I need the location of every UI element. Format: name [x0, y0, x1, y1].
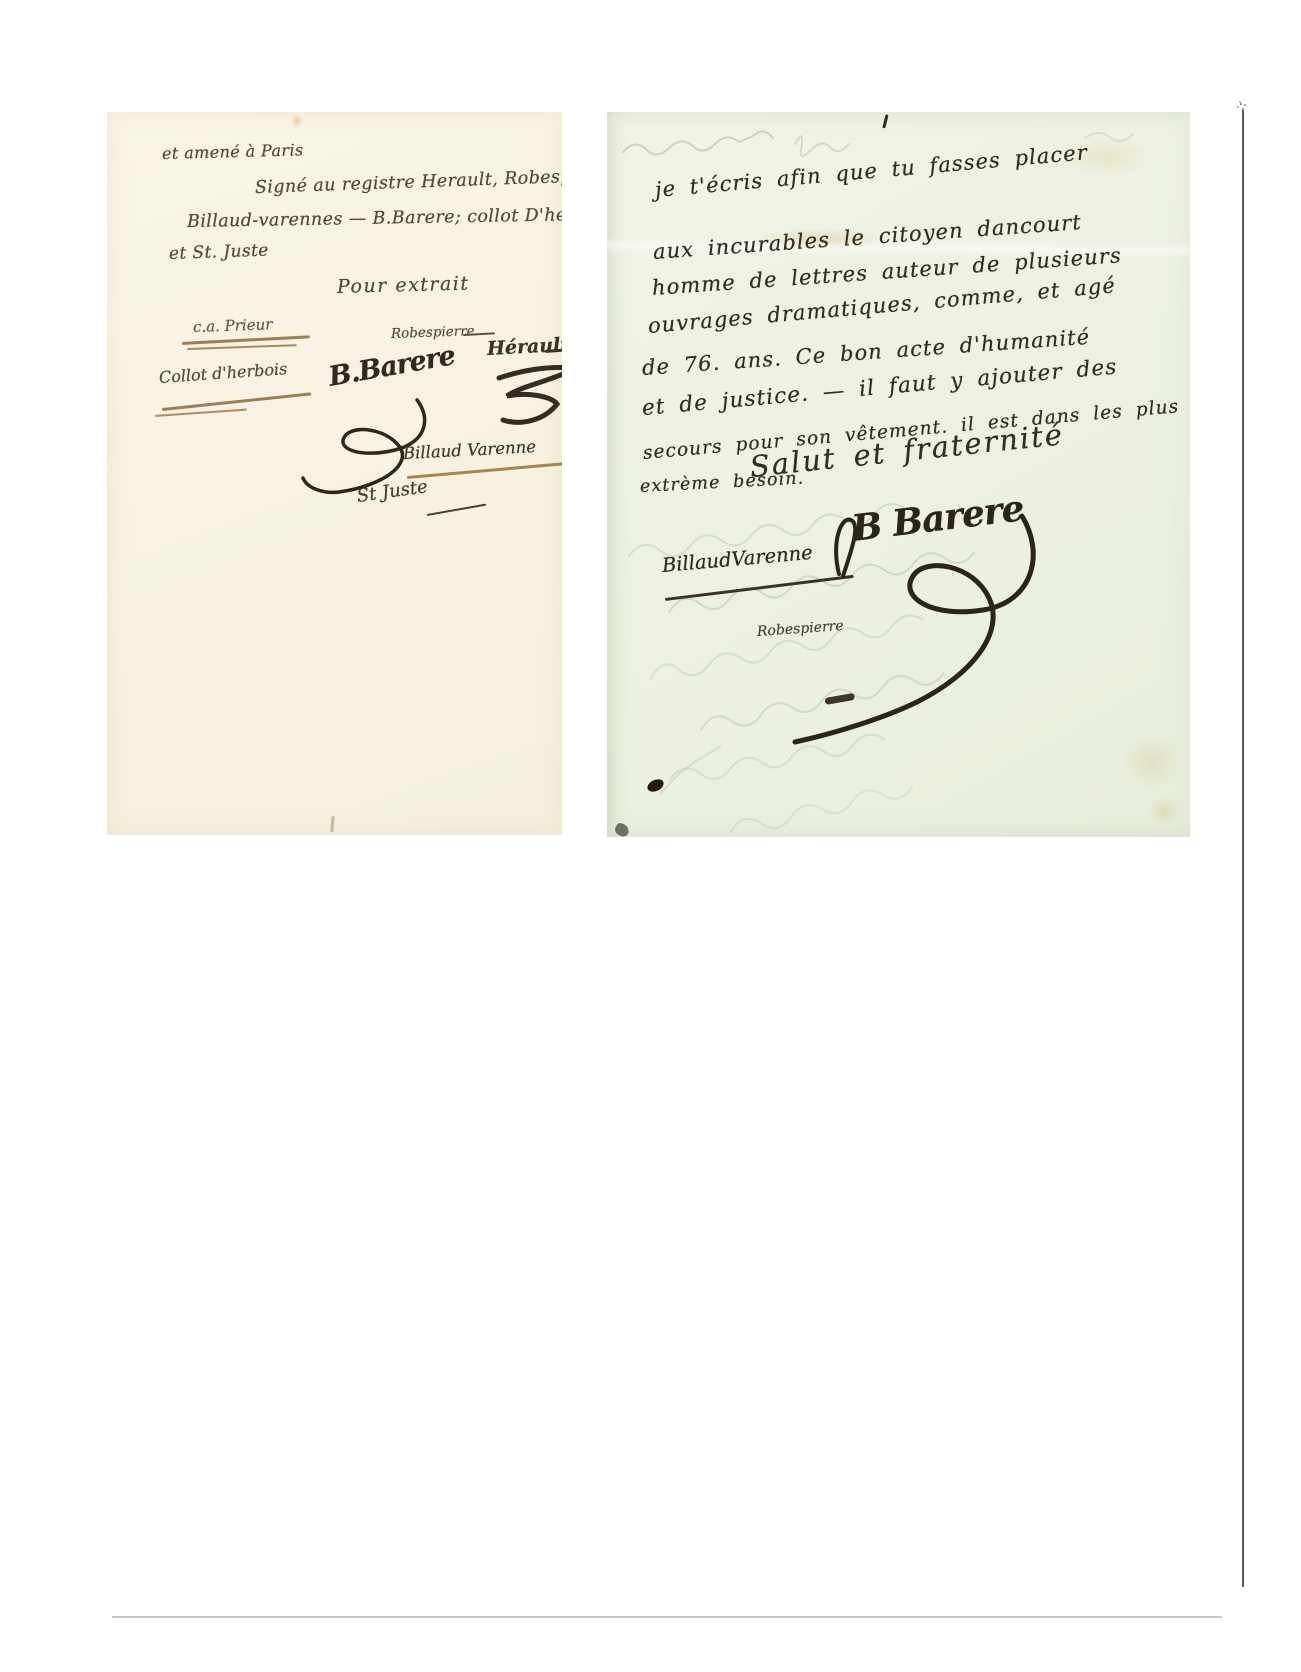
underline-swash — [162, 392, 311, 410]
signature-flourish — [493, 364, 562, 430]
scan-artifact-dots — [1240, 103, 1242, 105]
signature-barere-left: B.Barere — [326, 340, 457, 393]
underline-swash — [187, 344, 297, 350]
underline-swash — [182, 335, 310, 344]
pen-stroke — [330, 816, 334, 832]
handwriting-line: et amené à Paris — [162, 140, 304, 163]
paper-stain — [291, 114, 303, 128]
signature-prieur: c.a. Prieur — [193, 315, 273, 336]
underline-swash — [155, 409, 247, 417]
handwriting-line: Billaud-varennes — B.Barere; collot D'he… — [187, 205, 562, 232]
bleed-through-writing — [607, 484, 1190, 834]
pen-stroke — [427, 504, 486, 516]
signature-herault: Hérault — [486, 334, 562, 360]
handwriting-line: Pour extrait — [337, 273, 470, 298]
page-divider-vertical — [1242, 110, 1244, 1587]
manuscript-right-page: je t'écris afin que tu fasses placer aux… — [607, 112, 1190, 837]
signature-collot-dherbois: Collot d'herbois — [158, 359, 288, 387]
handwriting-line: Signé au registre Herault, Robespie — [255, 166, 562, 198]
pen-stroke — [463, 332, 495, 336]
signature-robespierre-left: Robespierre — [391, 323, 475, 342]
handwriting-line: et St. Juste — [169, 241, 269, 264]
manuscript-left-page: et amené à Paris Signé au registre Herau… — [107, 112, 562, 835]
rule-horizontal — [112, 1616, 1222, 1618]
